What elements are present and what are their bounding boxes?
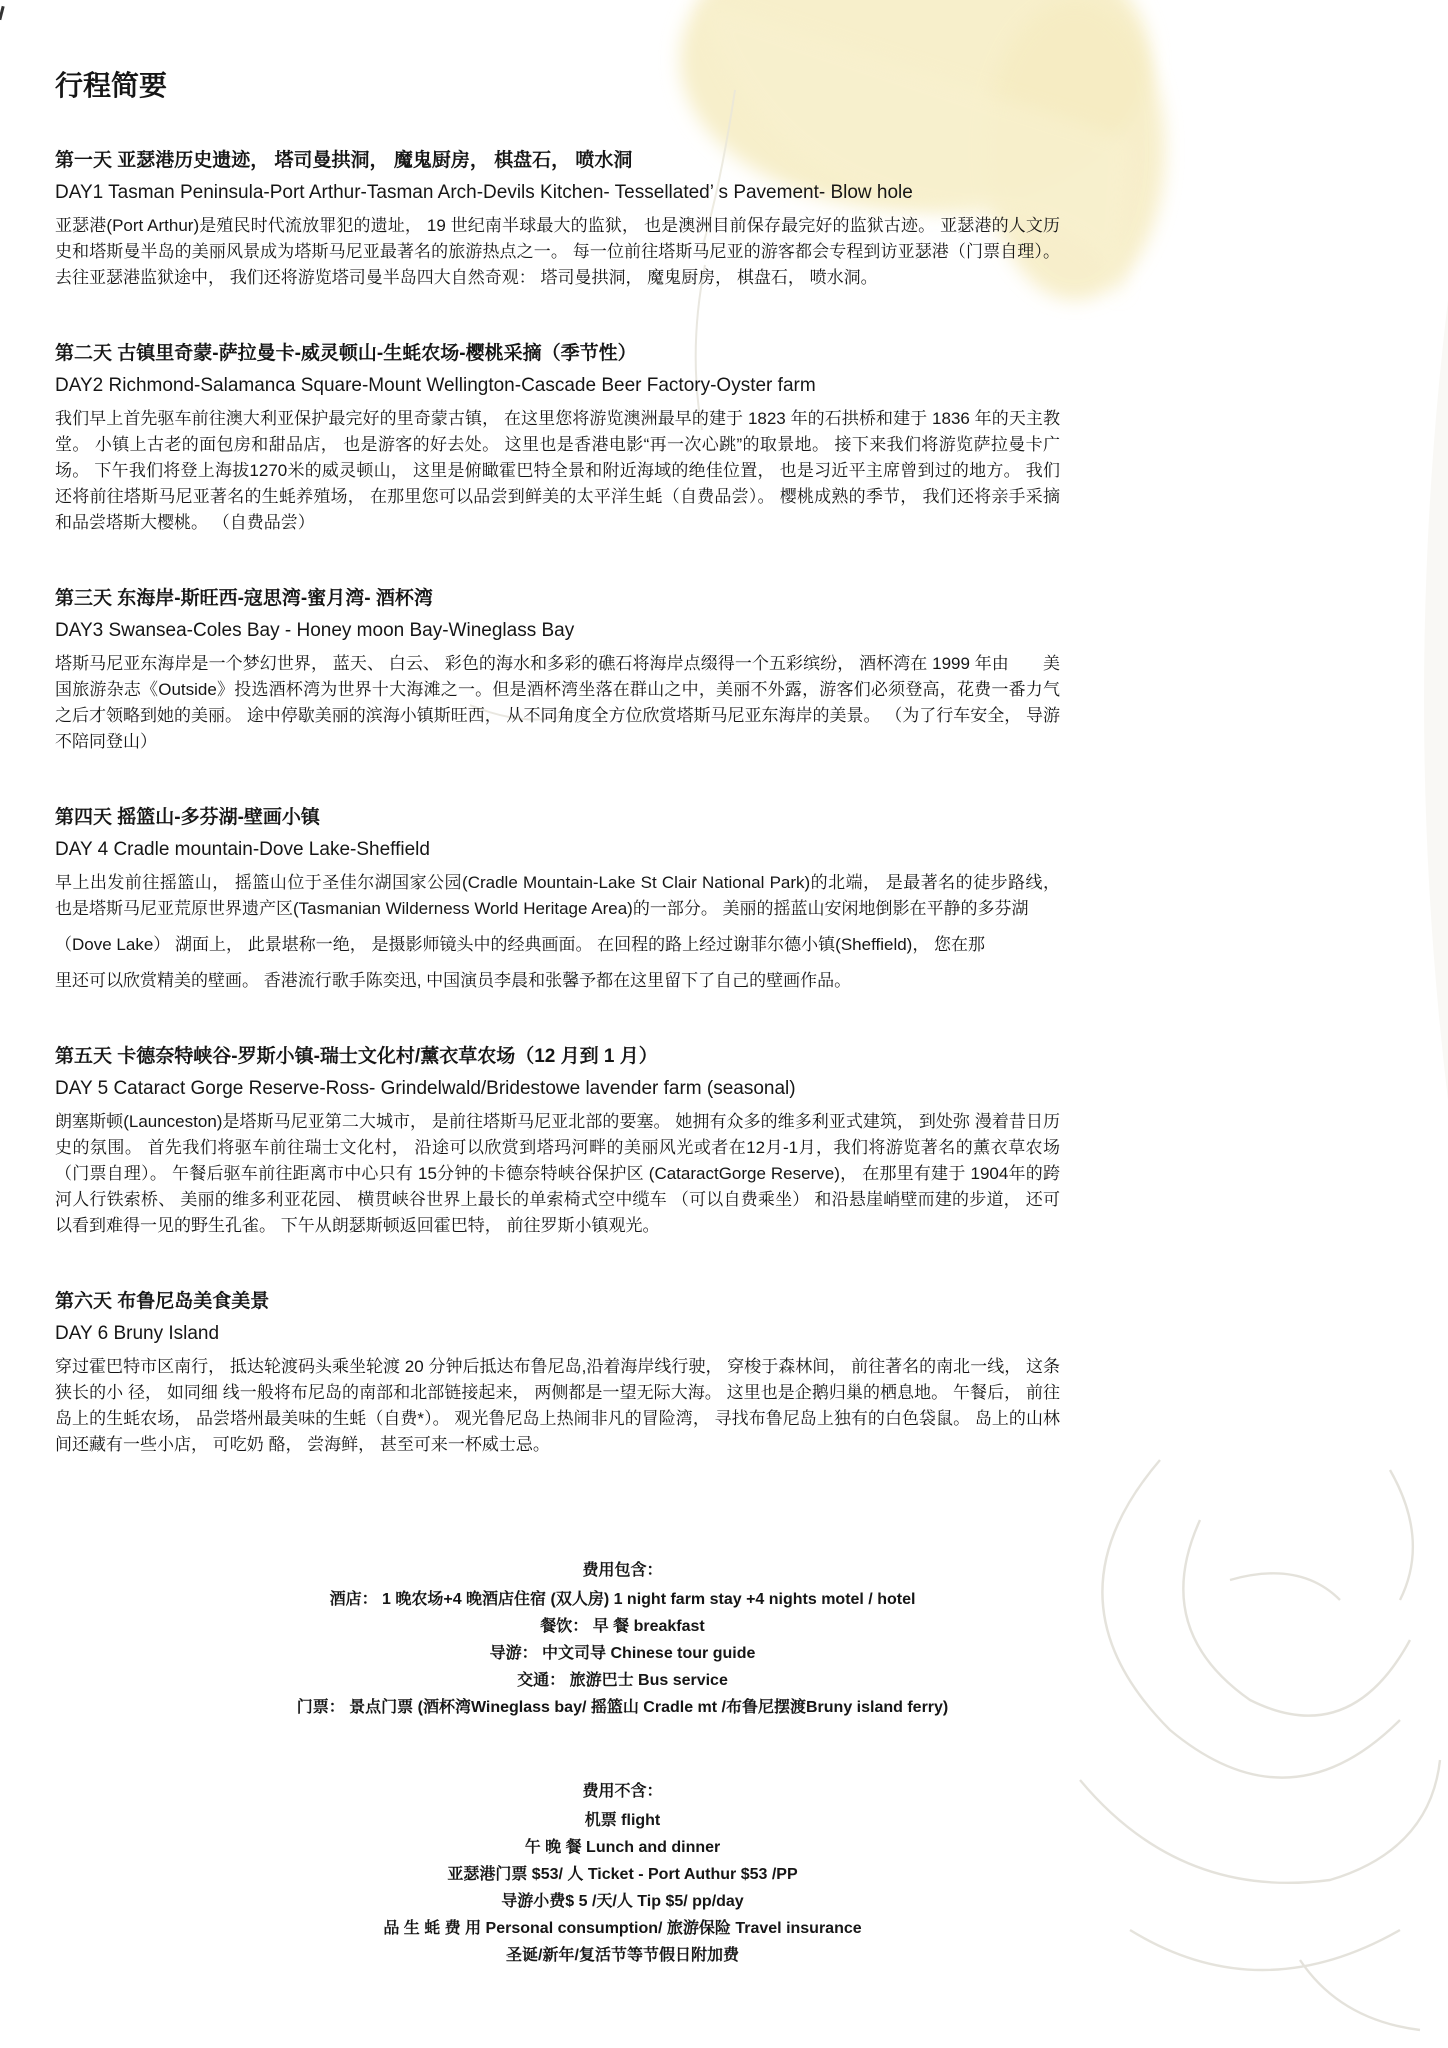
fee-included-item: 餐饮： 早 餐 breakfast (55, 1613, 1190, 1640)
fee-excluded-item: 午 晚 餐 Lunch and dinner (55, 1834, 1190, 1861)
day5-section: 第五天 卡德奈特峡谷-罗斯小镇-瑞士文化村/薰衣草农场（12 月到 1 月） D… (55, 1044, 1060, 1239)
day2-en-heading: DAY2 Richmond-Salamanca Square-Mount Wel… (55, 373, 1060, 399)
day3-section: 第三天 东海岸-斯旺西-寇思湾-蜜月湾- 酒杯湾 DAY3 Swansea-Co… (55, 586, 1060, 755)
day6-zh-heading: 第六天 布鲁尼岛美食美景 (55, 1289, 1060, 1315)
fees-excluded-title: 费用不含： (55, 1779, 1190, 1805)
day5-body: 朗塞斯顿(Launceston)是塔斯马尼亚第二大城市， 是前往塔斯马尼亚北部的… (55, 1109, 1060, 1239)
day6-paragraph: 穿过霍巴特市区南行， 抵达轮渡码头乘坐轮渡 20 分钟后抵达布鲁尼岛,沿着海岸线… (55, 1354, 1060, 1458)
day1-zh-heading: 第一天 亚瑟港历史遗迹， 塔司曼拱洞， 魔鬼厨房， 棋盘石， 喷水洞 (55, 148, 1060, 174)
itinerary-document: 行程简要 第一天 亚瑟港历史遗迹， 塔司曼拱洞， 魔鬼厨房， 棋盘石， 喷水洞 … (0, 0, 1060, 1458)
fees-included-title: 费用包含： (55, 1558, 1190, 1584)
day6-section: 第六天 布鲁尼岛美食美景 DAY 6 Bruny Island 穿过霍巴特市区南… (55, 1289, 1060, 1458)
fee-included-item: 交通： 旅游巴士 Bus service (55, 1667, 1190, 1694)
fee-excluded-item: 品 生 蚝 费 用 Personal consumption/ 旅游保险 Tra… (55, 1915, 1190, 1942)
day3-body: 塔斯马尼亚东海岸是一个梦幻世界， 蓝天、 白云、 彩色的海水和多彩的礁石将海岸点… (55, 651, 1060, 755)
day1-body: 亚瑟港(Port Arthur)是殖民时代流放罪犯的遗址， 19 世纪南半球最大… (55, 213, 1060, 291)
day5-zh-heading: 第五天 卡德奈特峡谷-罗斯小镇-瑞士文化村/薰衣草农场（12 月到 1 月） (55, 1044, 1060, 1070)
fees-included-section: 费用包含： 酒店： 1 晚农场+4 晚酒店住宿 (双人房) 1 night fa… (55, 1558, 1190, 1721)
day1-en-heading: DAY1 Tasman Peninsula-Port Arthur-Tasman… (55, 180, 1060, 206)
page-title: 行程简要 (55, 64, 1060, 104)
day2-zh-heading: 第二天 古镇里奇蒙-萨拉曼卡-威灵顿山-生蚝农场-樱桃采摘（季节性） (55, 341, 1060, 367)
day2-paragraph: 我们早上首先驱车前往澳大利亚保护最完好的里奇蒙古镇， 在这里您将游览澳洲最早的建… (55, 406, 1060, 536)
day2-body: 我们早上首先驱车前往澳大利亚保护最完好的里奇蒙古镇， 在这里您将游览澳洲最早的建… (55, 406, 1060, 536)
day4-paragraph: 里还可以欣赏精美的壁画。 香港流行歌手陈奕迅, 中国演员李晨和张馨予都在这里留下… (55, 968, 1060, 994)
day4-paragraph: 早上出发前往摇篮山， 摇篮山位于圣佳尔湖国家公园(Cradle Mountain… (55, 870, 1060, 922)
fee-included-item: 门票： 景点门票 (酒杯湾Wineglass bay/ 摇篮山 Cradle m… (55, 1694, 1190, 1721)
day4-en-heading: DAY 4 Cradle mountain-Dove Lake-Sheffiel… (55, 837, 1060, 863)
fees-excluded-section: 费用不含： 机票 flight 午 晚 餐 Lunch and dinner 亚… (55, 1779, 1190, 1969)
day1-section: 第一天 亚瑟港历史遗迹， 塔司曼拱洞， 魔鬼厨房， 棋盘石， 喷水洞 DAY1 … (55, 148, 1060, 291)
fee-excluded-item: 导游小费$ 5 /天/人 Tip $5/ pp/day (55, 1888, 1190, 1915)
fee-excluded-item: 圣诞/新年/复活节等节假日附加费 (55, 1942, 1190, 1969)
day6-en-heading: DAY 6 Bruny Island (55, 1321, 1060, 1347)
day4-section: 第四天 摇篮山-多芬湖-壁画小镇 DAY 4 Cradle mountain-D… (55, 805, 1060, 994)
page-shading (1424, 300, 1448, 1100)
day4-body: 早上出发前往摇篮山， 摇篮山位于圣佳尔湖国家公园(Cradle Mountain… (55, 870, 1060, 994)
day3-en-heading: DAY3 Swansea-Coles Bay - Honey moon Bay-… (55, 618, 1060, 644)
day5-en-heading: DAY 5 Cataract Gorge Reserve-Ross- Grind… (55, 1076, 1060, 1102)
day1-paragraph: 亚瑟港(Port Arthur)是殖民时代流放罪犯的遗址， 19 世纪南半球最大… (55, 213, 1060, 291)
day3-paragraph: 塔斯马尼亚东海岸是一个梦幻世界， 蓝天、 白云、 彩色的海水和多彩的礁石将海岸点… (55, 651, 1060, 755)
day5-paragraph: 朗塞斯顿(Launceston)是塔斯马尼亚第二大城市， 是前往塔斯马尼亚北部的… (55, 1109, 1060, 1239)
fee-excluded-item: 机票 flight (55, 1807, 1190, 1834)
day6-body: 穿过霍巴特市区南行， 抵达轮渡码头乘坐轮渡 20 分钟后抵达布鲁尼岛,沿着海岸线… (55, 1354, 1060, 1458)
day3-zh-heading: 第三天 东海岸-斯旺西-寇思湾-蜜月湾- 酒杯湾 (55, 586, 1060, 612)
fee-excluded-item: 亚瑟港门票 $53/ 人 Ticket - Port Authur $53 /P… (55, 1861, 1190, 1888)
day2-section: 第二天 古镇里奇蒙-萨拉曼卡-威灵顿山-生蚝农场-樱桃采摘（季节性） DAY2 … (55, 341, 1060, 536)
fee-included-item: 导游： 中文司导 Chinese tour guide (55, 1640, 1190, 1667)
day4-paragraph: （Dove Lake） 湖面上， 此景堪称一绝， 是摄影师镜头中的经典画面。 在… (55, 932, 1060, 958)
day4-zh-heading: 第四天 摇篮山-多芬湖-壁画小镇 (55, 805, 1060, 831)
fee-included-item: 酒店： 1 晚农场+4 晚酒店住宿 (双人房) 1 night farm sta… (55, 1586, 1190, 1613)
